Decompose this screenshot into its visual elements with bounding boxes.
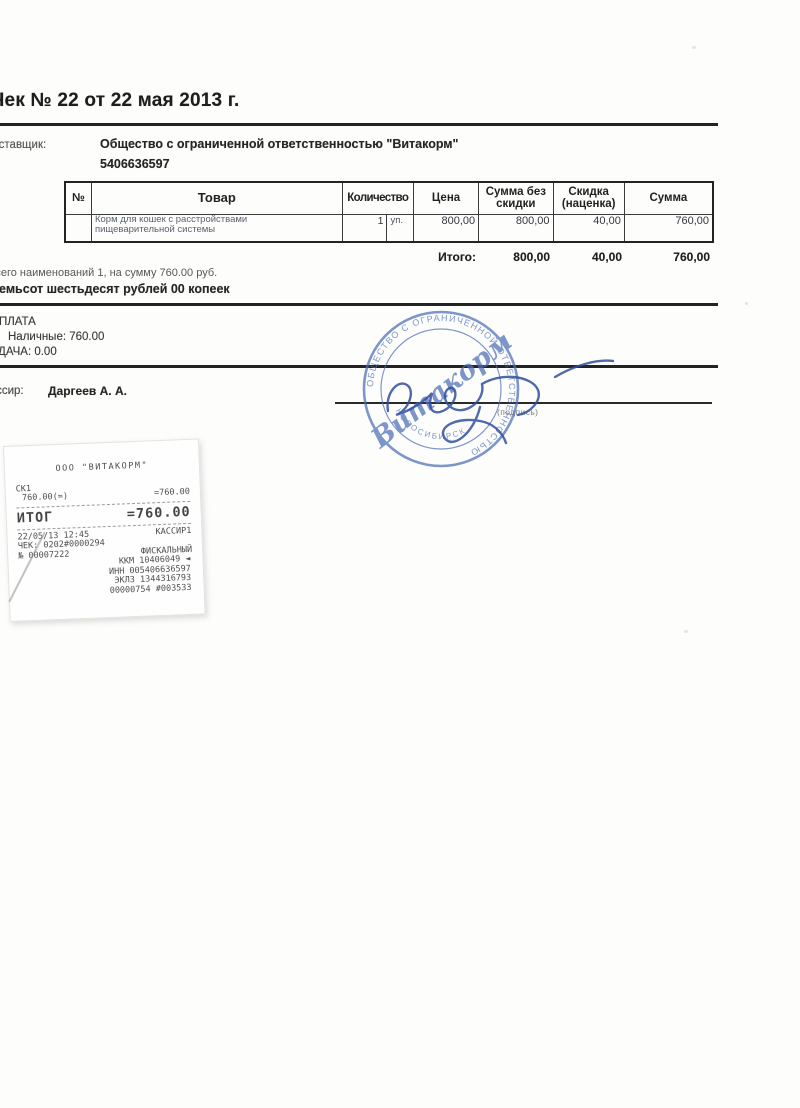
item-number-cell <box>65 214 91 242</box>
items-table-header-row: № Товар Количество Цена Сумма без скидки… <box>65 182 713 214</box>
scan-noise <box>745 302 748 305</box>
handwritten-signature <box>330 335 690 465</box>
col-header-sum: Сумма <box>624 182 713 214</box>
slip-cashier: КАССИР1 <box>155 526 191 537</box>
amount-in-words: Семьсот шестьдесят рублей 00 копеек <box>0 282 230 296</box>
item-product-cell: Корм для кошек с расстройствами пищевари… <box>91 214 342 242</box>
slip-shop-name: ООО "ВИТАКОРМ" <box>15 460 189 476</box>
payment-cash: Наличные: 760.00 <box>8 331 104 343</box>
cash-register-slip: ООО "ВИТАКОРМ" СК1 760.00(=) =760.00 ИТО… <box>3 438 206 621</box>
summary-line: Всего наименований 1, на сумму 760.00 ру… <box>0 267 217 279</box>
cashier-name: Даргеев А. А. <box>48 384 127 398</box>
col-header-number: № <box>65 182 91 214</box>
title-underline <box>0 123 718 126</box>
supplier-name: Общество с ограниченной ответственностью… <box>100 137 458 151</box>
col-header-product: Товар <box>91 182 342 214</box>
col-header-discount: Скидка (наценка) <box>553 182 624 214</box>
scan-noise <box>692 46 696 49</box>
totals-discount: 40,00 <box>542 250 622 264</box>
cashier-label: Кассир: <box>0 385 24 397</box>
slip-total-value: =760.00 <box>127 504 191 522</box>
col-header-price: Цена <box>413 182 478 214</box>
slip-item-total: =760.00 <box>154 488 190 499</box>
col-header-sum-no-discount: Сумма без скидки <box>479 182 553 214</box>
scanned-check-document: Чек № 22 от 22 мая 2013 г. Поставщик: Об… <box>0 0 800 1108</box>
totals-sum: 760,00 <box>620 250 710 264</box>
item-qty-cell: 1 <box>342 214 387 242</box>
item-sum-no-discount-cell: 800,00 <box>479 214 553 242</box>
payment-label: ОПЛАТА <box>0 316 36 328</box>
item-discount-cell: 40,00 <box>553 214 624 242</box>
scan-noise <box>684 630 688 633</box>
slip-item-amount: 760.00(=) <box>22 493 68 504</box>
slip-doc-number: № 00007222 <box>18 550 70 561</box>
supplier-inn: 5406636597 <box>100 157 170 171</box>
item-price-cell: 800,00 <box>413 214 478 242</box>
items-table: № Товар Количество Цена Сумма без скидки… <box>64 181 714 243</box>
item-unit-cell: уп. <box>387 214 413 242</box>
slip-total-label: ИТОГ <box>17 510 54 527</box>
item-row: Корм для кошек с расстройствами пищевари… <box>65 214 713 242</box>
supplier-label: Поставщик: <box>0 139 46 151</box>
document-title: Чек № 22 от 22 мая 2013 г. <box>0 90 239 112</box>
totals-sum-no-discount: 800,00 <box>463 250 550 264</box>
payment-change: СДАЧА: 0.00 <box>0 346 57 358</box>
item-sum-cell: 760,00 <box>624 214 713 242</box>
col-header-quantity: Количество <box>342 182 413 214</box>
item-product-text: Корм для кошек с расстройствами пищевари… <box>95 215 280 237</box>
